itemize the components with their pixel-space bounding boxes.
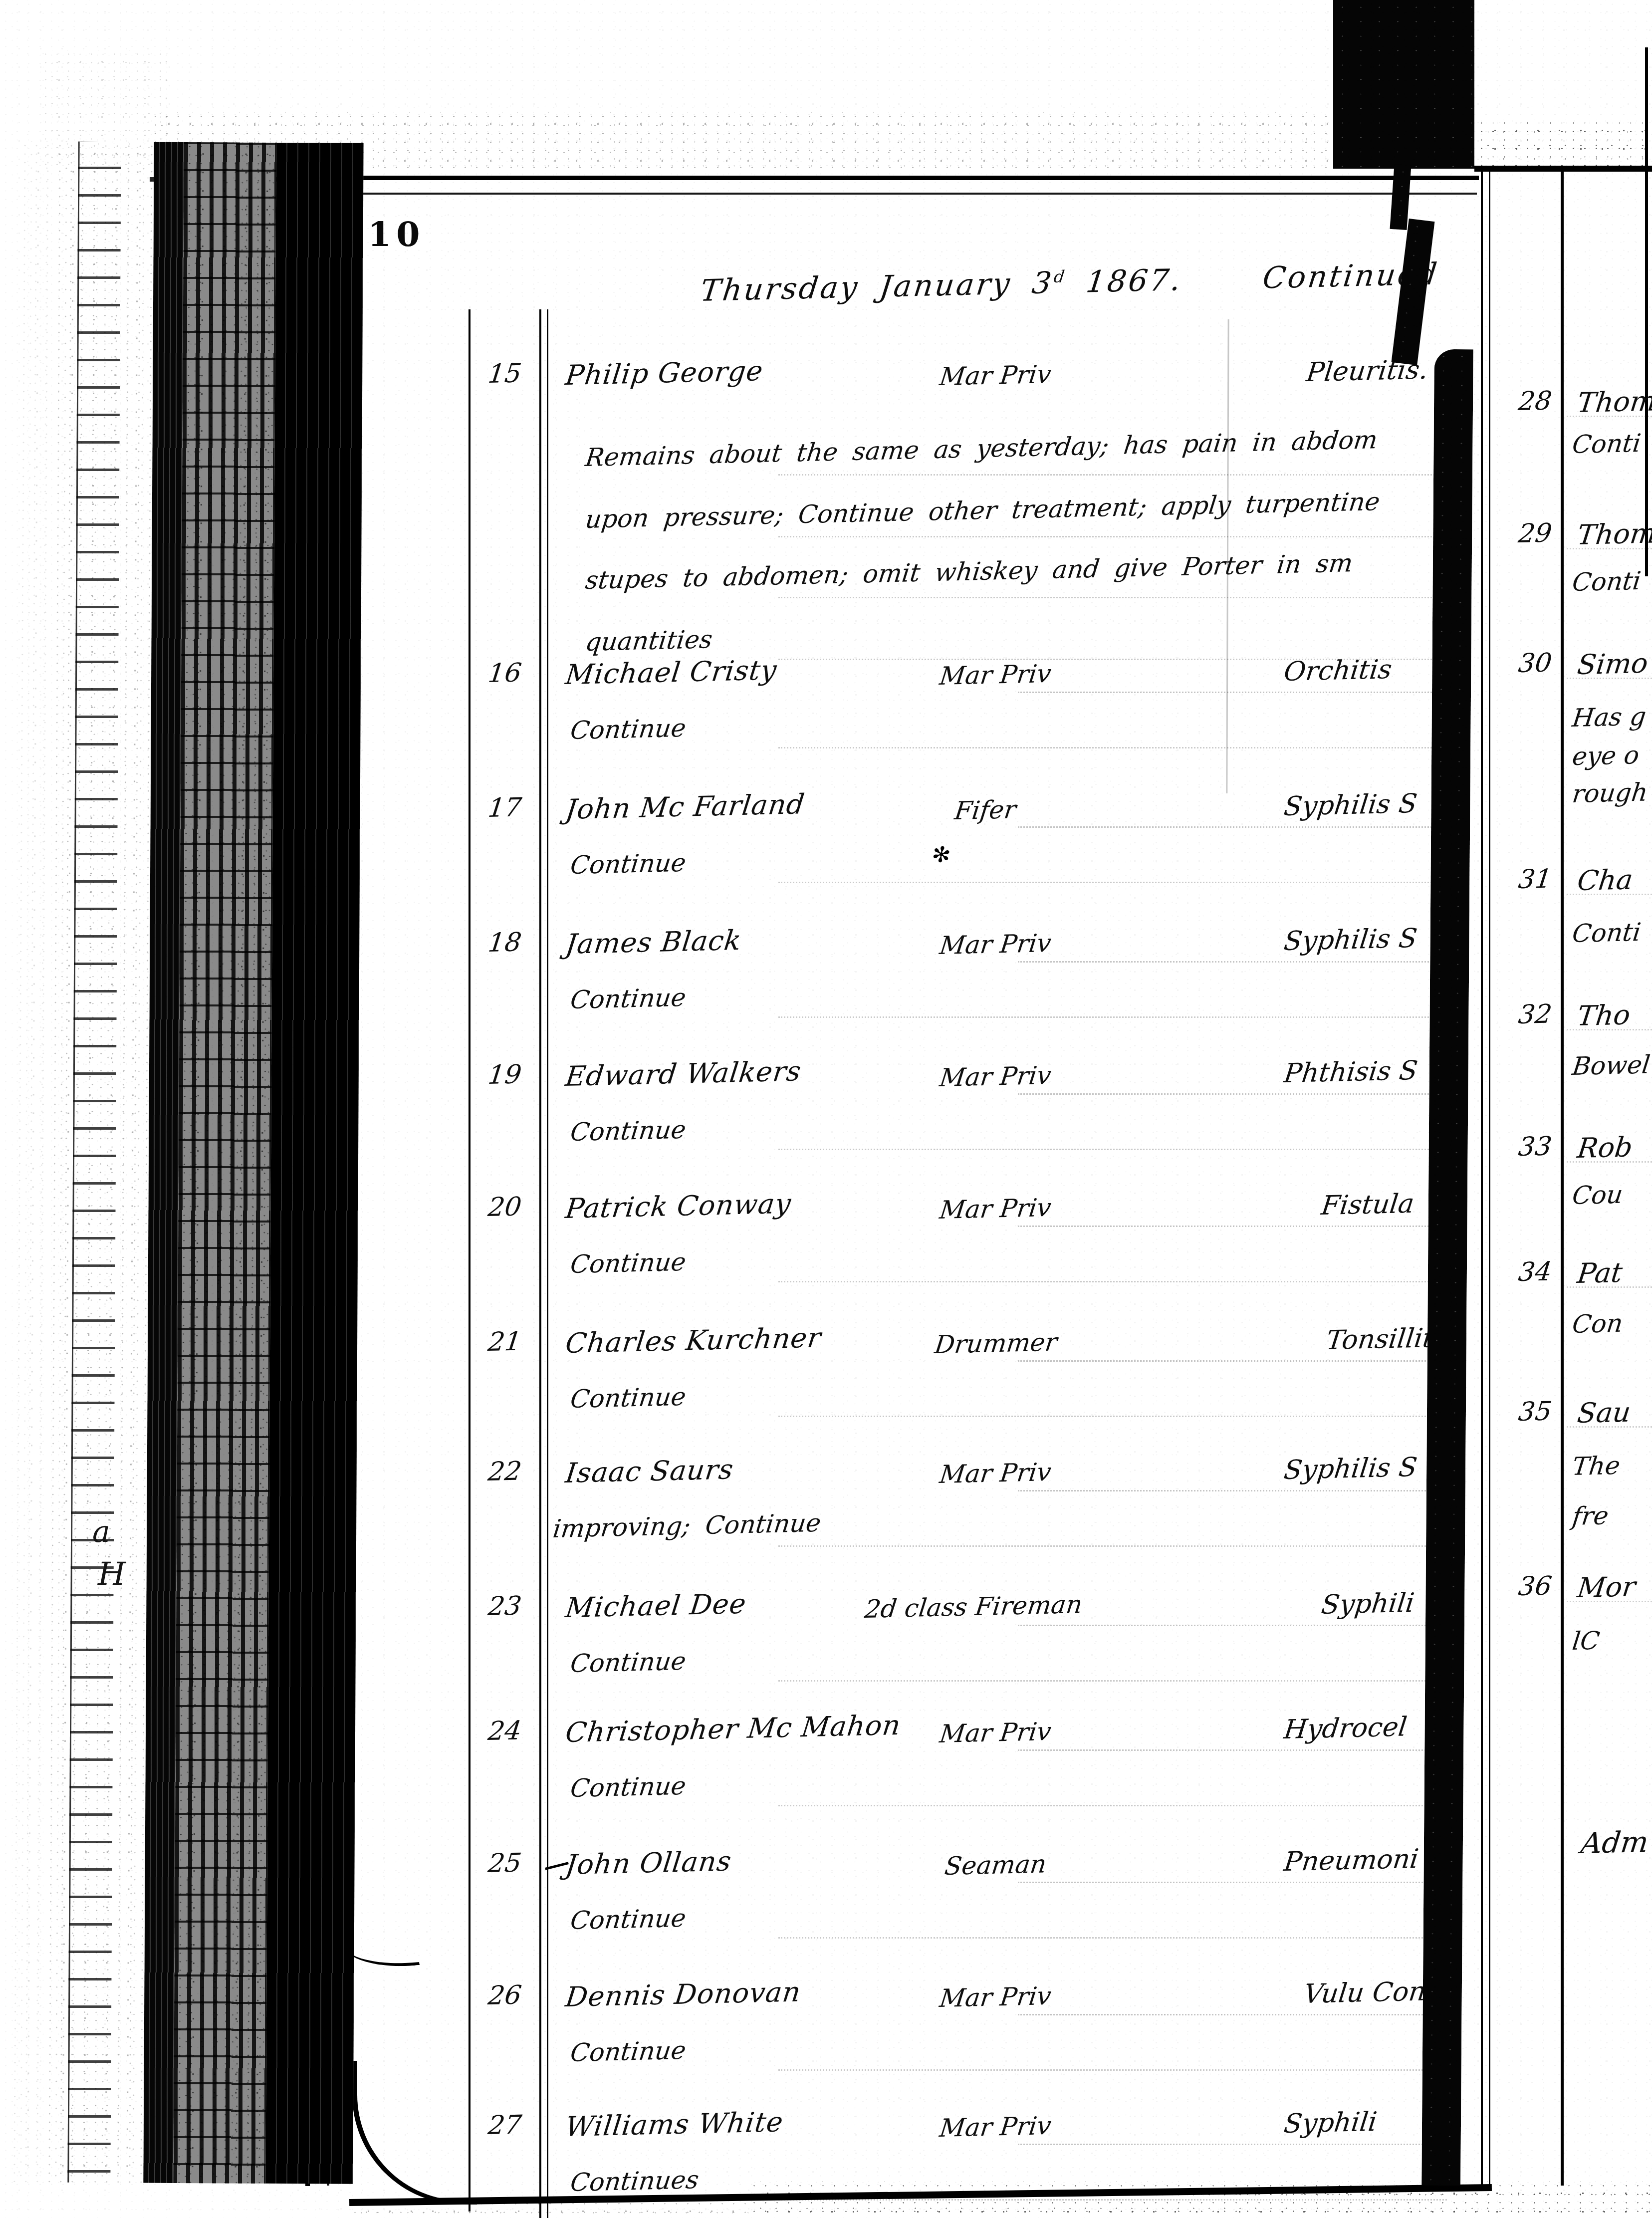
entry-diagnosis: Orchitis (1282, 654, 1394, 687)
admitted-note: Adm (1579, 1825, 1650, 1860)
entry-name: John Ollans (564, 1845, 733, 1881)
entry-name: Dennis Donovan (564, 1975, 803, 2013)
entry-note: Continue (569, 2036, 688, 2067)
entry-number: 18 (486, 928, 523, 958)
entry-rank: Mar Priv (938, 929, 1053, 960)
entry-number: 22 (486, 1457, 523, 1487)
left-number-col-right-rule-b (547, 309, 548, 2218)
dotted-scan-artifact (778, 747, 1447, 748)
entry-note: Continue (569, 848, 688, 880)
entry-note: Continue (569, 983, 688, 1014)
right-page-left-rule-b (1489, 170, 1490, 2186)
entry-name: Michael Cristy (564, 654, 779, 691)
entry-rank: Fifer (953, 795, 1018, 825)
entry-name: Rob (1576, 1131, 1635, 1164)
header-year: 1867. (1084, 262, 1184, 299)
entry-number: 17 (486, 793, 523, 823)
entry-note: Continue (569, 1382, 688, 1414)
entry-note: Continue (569, 1904, 688, 1935)
spine-tick-lines (173, 142, 276, 2184)
entry-note: Continue (569, 1115, 688, 1147)
dotted-scan-artifact (1018, 1093, 1447, 1095)
entry-rank: Mar Priv (938, 1193, 1053, 1225)
entry-number: 31 (1517, 864, 1553, 895)
dotted-scan-artifact (1018, 1490, 1447, 1491)
dotted-scan-artifact (778, 1937, 1447, 1939)
entry-name: Edward Walkers (564, 1055, 803, 1092)
entry-note: improving; Continue (551, 1508, 823, 1543)
dotted-scan-artifact (1018, 1625, 1447, 1626)
dotted-scan-artifact (778, 597, 1447, 598)
dotted-scan-artifact (778, 882, 1447, 883)
top-black-bar (1333, 0, 1474, 169)
entry-note: eye o (1571, 740, 1641, 771)
dotted-scan-artifact (778, 474, 1447, 476)
dotted-scan-artifact (1018, 2144, 1447, 2145)
entry-diagnosis: Tonsilliti (1325, 1323, 1443, 1356)
left-number-col-right-rule-a (539, 309, 541, 2218)
page-number: 10 (368, 215, 425, 254)
entry-note: Continue (569, 1647, 688, 1678)
entry-diagnosis: Syphilis S (1282, 1452, 1418, 1485)
entry-note: Con (1571, 1309, 1625, 1339)
entry-note: quantities (584, 625, 714, 657)
entry-note: fre (1571, 1501, 1610, 1531)
spine-striped-band (173, 142, 276, 2184)
dotted-scan-artifact (778, 1416, 1447, 1417)
entry-diagnosis: Fistula (1320, 1189, 1416, 1221)
dotted-scan-artifact (1018, 692, 1447, 693)
marginalia-h: H (98, 1556, 126, 1593)
book-spine (8, 141, 363, 2184)
dotted-scan-artifact (1018, 1226, 1447, 1227)
entry-name: Thom (1576, 385, 1652, 419)
entry-number: 16 (486, 658, 523, 689)
entry-diagnosis: Phthisis S (1282, 1055, 1419, 1089)
entry-number: 25 (486, 1848, 523, 1879)
entry-name: Charles Kurchner (564, 1321, 823, 1359)
entry-number: 28 (1517, 386, 1553, 417)
entry-diagnosis: Syphilis S (1282, 788, 1418, 822)
entry-name: Cha (1576, 864, 1635, 897)
entry-note: Bowel (1571, 1050, 1652, 1081)
dotted-scan-artifact (778, 1545, 1447, 1547)
entry-rank: Mar Priv (938, 1717, 1053, 1748)
entry-number: 30 (1517, 648, 1553, 679)
entry-name: James Black (564, 924, 743, 960)
entry-diagnosis: Vulu Cont (1302, 1976, 1438, 2009)
entry-name: Williams White (564, 2106, 785, 2143)
entry-rank: Mar Priv (938, 1981, 1053, 2013)
bottom-speckle-light (349, 2200, 748, 2218)
entry-note: Cou (1571, 1180, 1625, 1210)
entry-number: 26 (486, 1980, 523, 2011)
entry-diagnosis: Syphili (1320, 1588, 1416, 1620)
dotted-scan-artifact (778, 2069, 1447, 2071)
entry-name: Simo (1576, 647, 1650, 681)
dotted-scan-artifact (778, 1805, 1447, 1806)
entry-name: Isaac Saurs (564, 1453, 735, 1489)
right-number-col-rule (1561, 170, 1564, 2186)
entry-name: Sau (1576, 1396, 1633, 1429)
entry-name: Michael Dee (564, 1588, 748, 1624)
dotted-scan-artifact (778, 1680, 1447, 1682)
entry-note: Conti (1571, 918, 1643, 948)
dotted-scan-artifact (1018, 1882, 1447, 1883)
entry-note: Conti (1571, 566, 1643, 597)
right-page-left-rule-a (1481, 170, 1483, 2186)
entry-number: 23 (486, 1591, 523, 1622)
dotted-scan-artifact (1018, 2014, 1447, 2015)
entry-name: John Mc Farland (564, 788, 807, 825)
entry-number: 29 (1517, 518, 1553, 549)
header-ordinal: d (1053, 266, 1068, 286)
entry-number: 35 (1517, 1397, 1553, 1427)
entry-number: 19 (486, 1060, 523, 1090)
entry-number: 33 (1517, 1132, 1553, 1162)
entry-number: 27 (486, 2110, 523, 2141)
entry-rank: Mar Priv (938, 659, 1053, 691)
entry-name: Thom (1576, 517, 1652, 551)
entry-note: The (1571, 1451, 1622, 1481)
marginalia-a: a (92, 1514, 110, 1549)
dotted-scan-artifact (778, 1281, 1447, 1282)
entry-number: 21 (486, 1327, 523, 1357)
entry-rank: 2d class Fireman (863, 1590, 1084, 1624)
dotted-scan-artifact (1018, 961, 1447, 963)
entry-name: Philip George (564, 355, 765, 391)
entry-name: Mor (1576, 1570, 1638, 1604)
entry-rank: Mar Priv (938, 1458, 1053, 1489)
entry-number: 20 (486, 1192, 523, 1223)
entry-note: rough (1571, 778, 1650, 808)
entry-note: Continue (569, 1771, 688, 1803)
entry-diagnosis: Hydrocel (1282, 1712, 1409, 1745)
dotted-scan-artifact (1018, 1749, 1447, 1751)
entry-diagnosis: Syphili (1282, 2107, 1379, 2139)
spine-black-band (265, 143, 363, 2184)
left-number-col-left-rule (469, 309, 471, 2212)
entry-name: Pat (1576, 1256, 1624, 1289)
entry-number: 24 (486, 1716, 523, 1746)
scan-root: a H 10 Thursday January 3d 1867. Continu… (0, 0, 1652, 2218)
bottom-speckle-band (748, 2182, 1652, 2218)
dotted-scan-artifact (778, 1149, 1447, 1150)
dotted-scan-artifact (1018, 826, 1447, 828)
entry-note: Continue (569, 1247, 688, 1279)
right-scan-edge-line (1645, 47, 1648, 576)
entry-rank: Mar Priv (938, 360, 1053, 391)
entry-number: 34 (1517, 1257, 1553, 1287)
entry-number: 15 (486, 359, 523, 389)
entry-rank: Mar Priv (938, 1061, 1053, 1092)
entry-note: lC (1571, 1626, 1601, 1656)
dotted-scan-artifact (1018, 1360, 1447, 1362)
entry-note: Conti (1571, 429, 1643, 459)
dotted-scan-artifact (778, 536, 1447, 537)
entry-number: 36 (1517, 1571, 1553, 1602)
entry-note: Continue (569, 714, 688, 745)
entry-note: Has g (1571, 702, 1648, 733)
entry-rank: Seaman (943, 1849, 1048, 1881)
entry-diagnosis: Pneumoni (1282, 1844, 1420, 1877)
entry-number: 32 (1517, 999, 1553, 1030)
entry-diagnosis: Syphilis S (1282, 923, 1418, 957)
entry-note: Continues (569, 2165, 701, 2197)
dotted-scan-artifact (778, 1016, 1447, 1018)
entry-name: Patrick Conway (564, 1188, 793, 1225)
entry-rank: Mar Priv (938, 2111, 1053, 2143)
entry-rank: Drummer (933, 1327, 1059, 1359)
entry-name: Tho (1576, 999, 1632, 1032)
